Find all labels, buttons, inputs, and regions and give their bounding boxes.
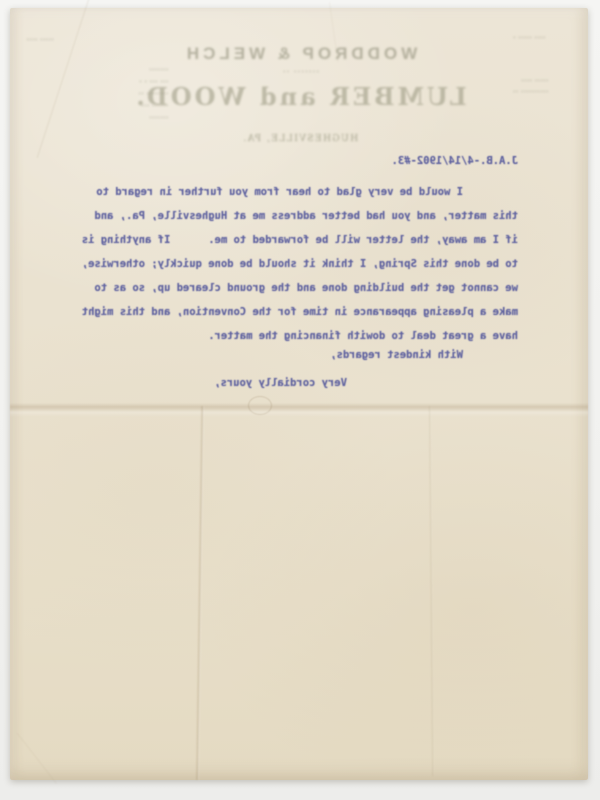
letterhead-topright-note: ▪▪▪▪▪ ▪▪▪▪ — [26, 36, 90, 45]
letterhead-location-line: HUGHESVILLE, PA. — [230, 134, 370, 144]
letterhead-company-name: WODDROP & WELCH — [0, 44, 600, 64]
letter-body: I would be very glad to hear from you fu… — [58, 180, 518, 348]
letterhead-left-block: ▪▪▪▪▪ ▪▪▪▪▪▪▪▪▪▪▪▪▪▪ ▪▪ — [470, 76, 548, 98]
closing-regards-line: With kindest regards, — [330, 349, 463, 361]
letterhead-small-line: ▪▪▪▪▪▪▪ ▪▪ — [0, 69, 600, 75]
letterhead-right-block-line: ▪▪▪▪▪▪▪▪ ▪▪ — [92, 88, 168, 100]
letterhead-right-block-line: ▪▪▪▪▪▪ ▪▪▪ — [92, 100, 168, 112]
letterhead-left-block-line: ▪▪▪▪▪▪▪▪▪▪ ▪▪ — [470, 87, 548, 98]
typed-line: have a great deal to dowith financing th… — [58, 324, 518, 348]
typed-line: if I am away, the letter will be forward… — [58, 228, 518, 252]
mirrored-showthrough-layer: WODDROP & WELCH ▪▪▪▪▪▪▪ ▪▪ LUMBER and WO… — [0, 0, 600, 800]
typed-line: make a pleasing appearance in time for t… — [58, 300, 518, 324]
letterhead-right-block-line: ▪▪▪▪▪▪▪ — [92, 64, 168, 76]
letterhead-right-block-line: ▪▪▪▪▪▪▪ — [92, 112, 168, 124]
typed-line: I would be very glad to hear from you fu… — [58, 180, 518, 204]
letterhead-right-block: ▪▪▪▪▪▪▪▪▪▪ ▪▪▪ ▪ ▪▪▪▪▪▪▪▪▪ ▪▪▪▪▪▪▪▪ ▪▪▪▪… — [92, 64, 168, 124]
letterhead-left-block-line: ▪▪▪▪▪ ▪▪▪▪ — [470, 76, 548, 87]
typed-line: to be done this Spring, I think it shoul… — [58, 252, 518, 276]
closing-cordially-line: Very cordially yours, — [214, 377, 347, 389]
letterhead-topleft-note: ▪▪▪▪ ▪▪▪▪▪ ▪ — [475, 34, 545, 43]
letterhead-right-block-line: ▪▪▪ ▪▪▪ ▪ ▪ — [92, 76, 168, 88]
reference-line: J.A.B.-4/14/1902-#3. — [392, 155, 518, 167]
typed-line: this matter, and you had better address … — [58, 204, 518, 228]
typed-line: we cannot get the building done and the … — [58, 276, 518, 300]
